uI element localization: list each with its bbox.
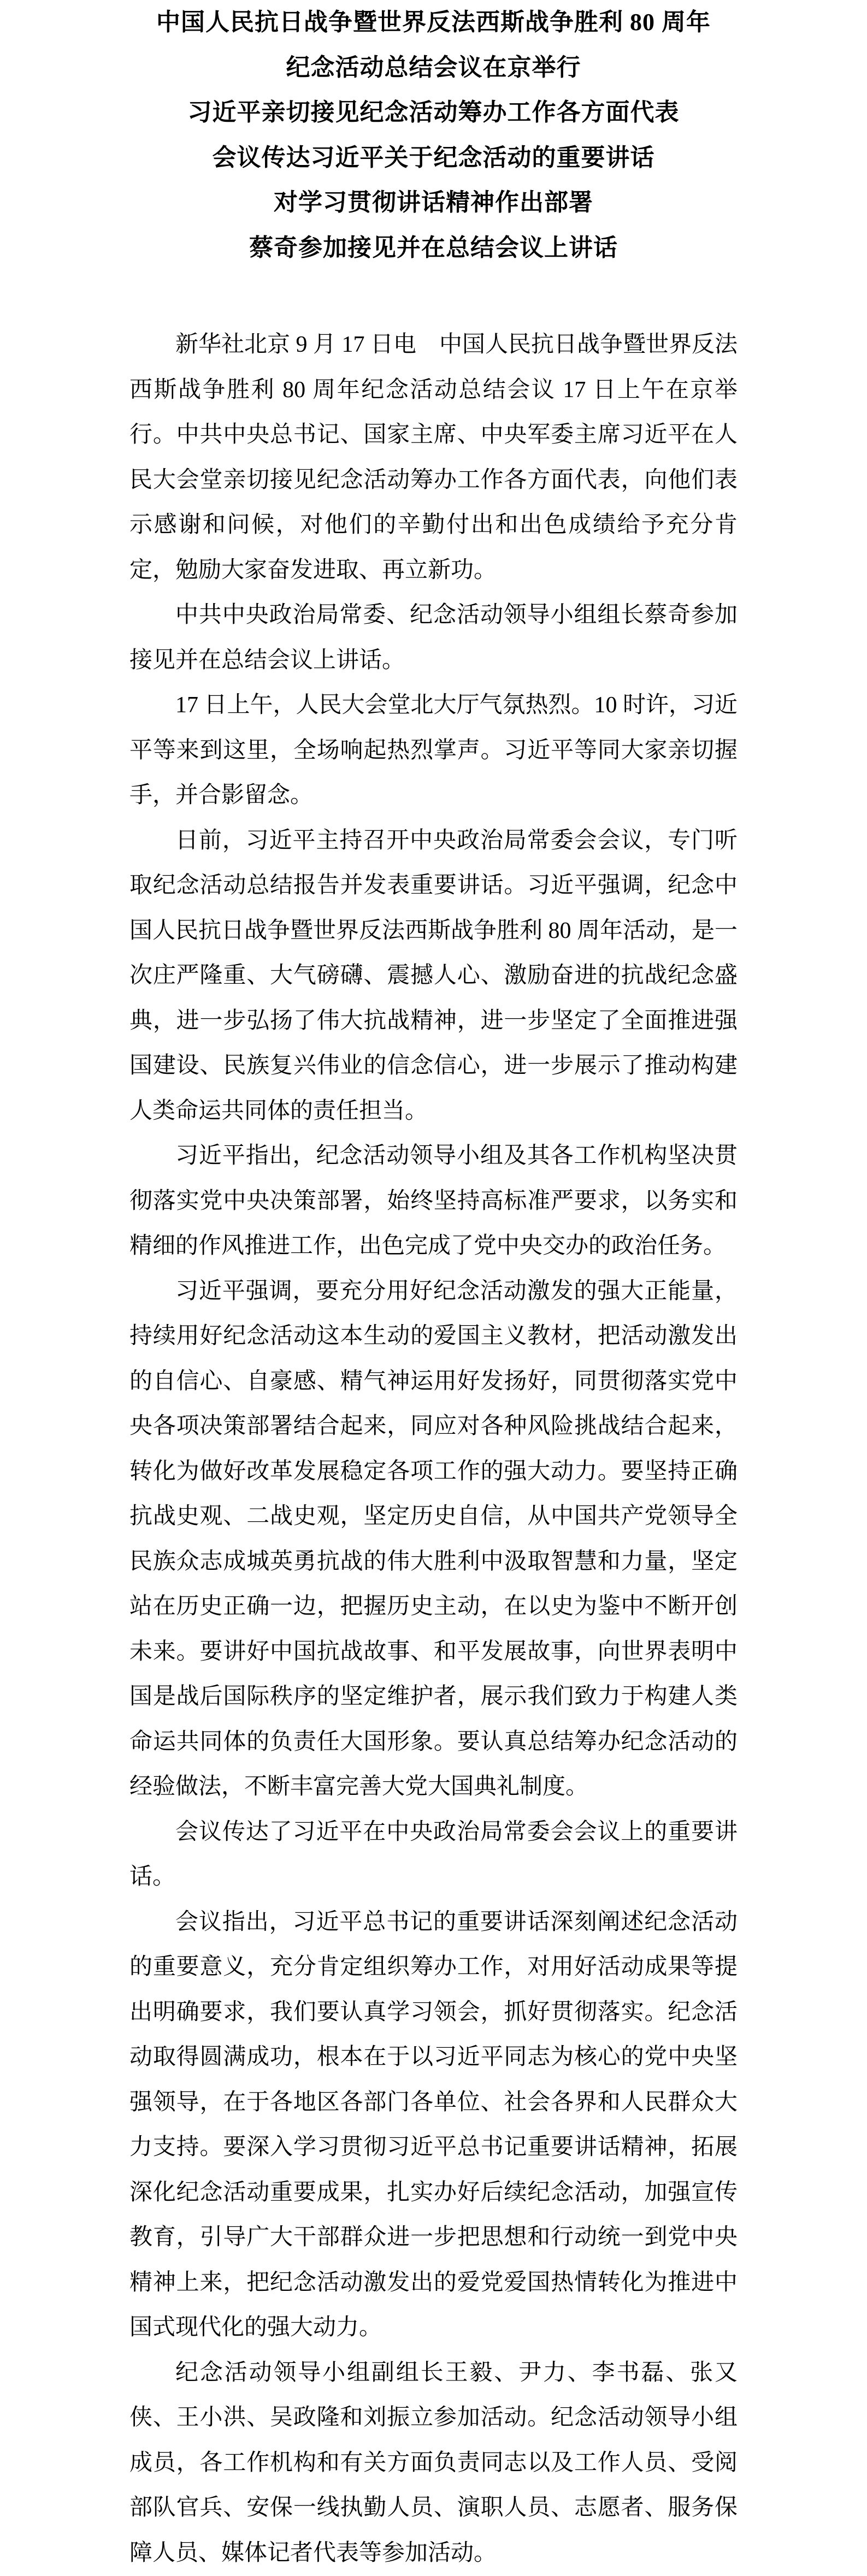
paragraph: 中共中央政治局常委、纪念活动领导小组组长蔡奇参加接见并在总结会议上讲话。 — [129, 593, 738, 683]
title-line: 会议传达习近平关于纪念活动的重要讲话 — [129, 135, 738, 181]
paragraph: 会议指出，习近平总书记的重要讲话深刻阐述纪念活动的重要意义，充分肯定组织筹办工作… — [129, 1900, 738, 2350]
paragraph: 习近平强调，要充分用好纪念活动激发的强大正能量，持续用好纪念活动这本生动的爱国主… — [129, 1269, 738, 1810]
paragraph: 纪念活动领导小组副组长王毅、尹力、李书磊、张又侠、王小洪、吴政隆和刘振立参加活动… — [129, 2350, 738, 2576]
title-line: 习近平亲切接见纪念活动筹办工作各方面代表 — [129, 90, 738, 135]
article-title: 中国人民抗日战争暨世界反法西斯战争胜利 80 周年纪念活动总结会议在京举行习近平… — [129, 0, 738, 270]
title-line: 纪念活动总结会议在京举行 — [129, 45, 738, 91]
title-line: 对学习贯彻讲话精神作出部署 — [129, 180, 738, 226]
paragraph: 日前，习近平主持召开中央政治局常委会会议，专门听取纪念活动总结报告并发表重要讲话… — [129, 818, 738, 1134]
paragraph: 17 日上午，人民大会堂北大厅气氛热烈。10 时许，习近平等来到这里，全场响起热… — [129, 683, 738, 818]
title-line: 中国人民抗日战争暨世界反法西斯战争胜利 80 周年 — [129, 0, 738, 45]
article-body: 新华社北京 9 月 17 日电 中国人民抗日战争暨世界反法西斯战争胜利 80 周… — [129, 322, 738, 2575]
paragraph: 会议传达了习近平在中央政治局常委会会议上的重要讲话。 — [129, 1810, 738, 1900]
paragraph: 新华社北京 9 月 17 日电 中国人民抗日战争暨世界反法西斯战争胜利 80 周… — [129, 322, 738, 593]
paragraph: 习近平指出，纪念活动领导小组及其各工作机构坚决贯彻落实党中央决策部署，始终坚持高… — [129, 1133, 738, 1269]
title-line: 蔡奇参加接见并在总结会议上讲话 — [129, 226, 738, 271]
document-page: 中国人民抗日战争暨世界反法西斯战争胜利 80 周年纪念活动总结会议在京举行习近平… — [0, 0, 867, 2576]
